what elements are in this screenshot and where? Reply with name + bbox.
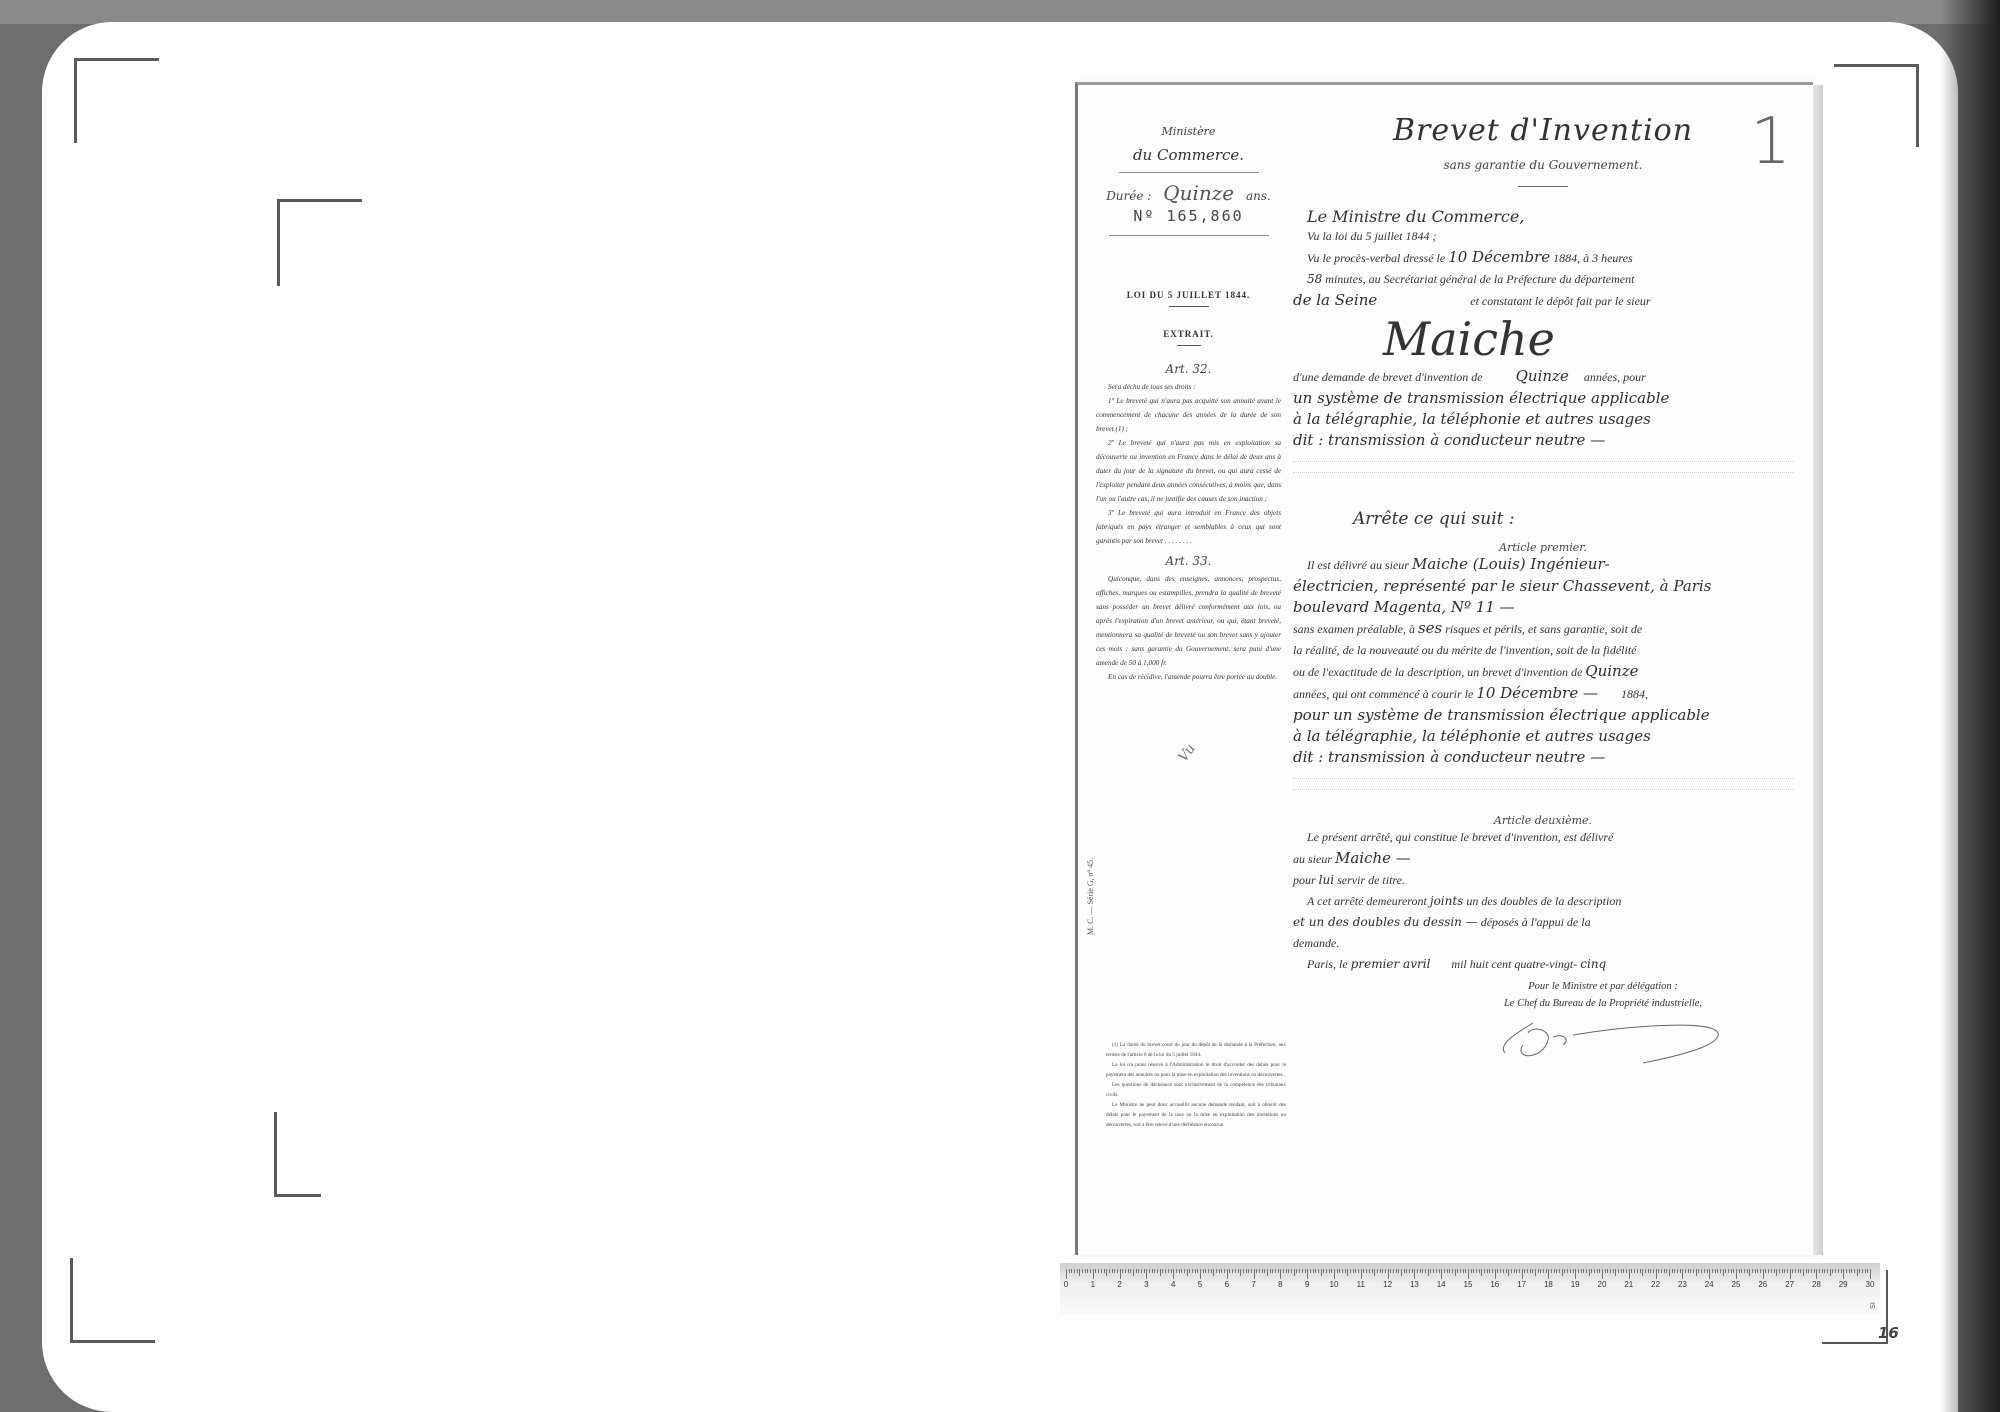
ruler-tick [1452, 1269, 1453, 1273]
ruler-label: 20 [1598, 1280, 1607, 1289]
handwritten-date: premier avril [1351, 957, 1431, 971]
ruler-tick [1559, 1269, 1560, 1273]
law-title: LOI DU 5 JUILLET 1844. [1096, 290, 1281, 300]
duration-row: Durée : Quinze ans. [1096, 181, 1281, 205]
ruler-label: 27 [1785, 1280, 1794, 1289]
article2-line: pour lui servir de titre. [1293, 870, 1793, 891]
visa-mark: Vu [1175, 741, 1199, 765]
ruler-tick [1280, 1269, 1281, 1279]
ruler-tick [1095, 1269, 1096, 1273]
ruler-tick [1784, 1269, 1785, 1273]
divider [1109, 235, 1269, 236]
preamble-line: 58 minutes, au Secrétariat général de la… [1293, 269, 1793, 290]
ruler-tick [1701, 1269, 1702, 1273]
art32-paragraph: 2º Le breveté qui n'aura pas mis en expl… [1096, 436, 1281, 506]
handwritten-duration: Quinze [1585, 662, 1638, 680]
article1-line: dit : transmission à conducteur neutre — [1293, 747, 1793, 768]
ruler-tick [1685, 1269, 1686, 1273]
ruler-tick [1246, 1269, 1247, 1273]
ruler-tick [1173, 1269, 1174, 1279]
ruler-tick [1441, 1269, 1442, 1279]
ruler-tick [1165, 1269, 1166, 1273]
number-label: Nº [1133, 207, 1155, 225]
ruler-tick [1240, 1269, 1241, 1276]
ruler-tick [1723, 1269, 1724, 1276]
ruler-tick [1800, 1269, 1801, 1273]
preamble-line: Vu le procès-verbal dressé le 10 Décembr… [1293, 247, 1793, 269]
ruler-label: 24 [1705, 1280, 1714, 1289]
printed-text: 1884, [1621, 687, 1648, 701]
ruler-tick [1664, 1269, 1665, 1273]
ministry-line1: Ministère [1096, 125, 1281, 138]
footnote: Le Ministre ne peut donc accueillir aucu… [1106, 1100, 1286, 1130]
ruler-tick [1712, 1269, 1713, 1273]
ruler-tick [1267, 1269, 1268, 1276]
ruler-tick [1093, 1269, 1094, 1279]
ruler-tick [1122, 1269, 1123, 1273]
ruler-tick [1586, 1269, 1587, 1273]
ruler-tick [1393, 1269, 1394, 1273]
ruler-tick [1406, 1269, 1407, 1273]
ruler-tick [1733, 1269, 1734, 1273]
ruler-tick [1645, 1269, 1646, 1273]
ruler-tick [1331, 1269, 1332, 1273]
article2-heading: Article deuxième. [1293, 814, 1793, 827]
ruler-tick [1227, 1269, 1228, 1279]
ruler-tick [1736, 1269, 1737, 1279]
ruler-tick [1814, 1269, 1815, 1273]
ruler-tick [1760, 1269, 1761, 1273]
ruler-tick [1618, 1269, 1619, 1273]
article1-line: boulevard Magenta, Nº 11 — [1293, 597, 1793, 618]
ruler-tick [1720, 1269, 1721, 1273]
invention-title-line: un système de transmission électrique ap… [1293, 388, 1793, 409]
ruler-tick [1106, 1269, 1107, 1276]
ruler-tick [1369, 1269, 1370, 1273]
page-edge [1813, 85, 1823, 1255]
ruler-tick [1251, 1269, 1252, 1273]
ruler-tick [1433, 1269, 1434, 1273]
article2-line: A cet arrêté demeureront joints un des d… [1293, 891, 1793, 912]
ruler-tick [1388, 1269, 1389, 1279]
document-title: Brevet d'Invention [1293, 113, 1793, 148]
ruler-tick [1623, 1269, 1624, 1273]
ruler-tick [1350, 1269, 1351, 1273]
ruler-tick [1200, 1269, 1201, 1279]
ruler-tick [1109, 1269, 1110, 1273]
ruler-tick [1626, 1269, 1627, 1273]
ruler-tick [1613, 1269, 1614, 1273]
ruler-tick [1575, 1269, 1576, 1279]
ruler-tick [1765, 1269, 1766, 1273]
ruler-tick [1221, 1269, 1222, 1273]
ruler-tick [1621, 1269, 1622, 1273]
ruler-tick [1538, 1269, 1539, 1273]
printed-text: années, qui ont commencé à courir le [1293, 687, 1473, 701]
article2-line: et un des doubles du dessin — déposés à … [1293, 912, 1793, 933]
ruler-tick [1114, 1269, 1115, 1273]
ruler-tick [1484, 1269, 1485, 1273]
ruler-tick [1763, 1269, 1764, 1279]
ruler-tick [1682, 1269, 1683, 1279]
ruler-tick [1811, 1269, 1812, 1273]
ruler-tick [1779, 1269, 1780, 1273]
ruler-tick [1487, 1269, 1488, 1273]
ruler-tick [1288, 1269, 1289, 1273]
ruler-tick [1149, 1269, 1150, 1273]
printed-text: ou de l'exactitude de la description, un… [1293, 665, 1582, 679]
ruler-tick [1744, 1269, 1745, 1273]
ruler-tick [1358, 1269, 1359, 1273]
ruler-tick [1074, 1269, 1075, 1273]
article1-line: la réalité, de la nouveauté ou du mérite… [1293, 640, 1793, 661]
ruler-tick [1372, 1269, 1373, 1273]
ruler-tick [1211, 1269, 1212, 1273]
ruler-tick [1728, 1269, 1729, 1273]
article1-line: sans examen préalable, à ses risques et … [1293, 618, 1793, 640]
ruler-label: 7 [1251, 1280, 1255, 1289]
art32-paragraph: 1º Le breveté qui n'aura pas acquitté so… [1096, 394, 1281, 436]
ruler-tick [1396, 1269, 1397, 1273]
ruler-tick [1087, 1269, 1088, 1273]
ruler-tick [1640, 1269, 1641, 1273]
ruler-tick [1329, 1269, 1330, 1273]
signature-line1: Pour le Ministre et par délégation : [1293, 981, 1793, 992]
ruler-tick [1661, 1269, 1662, 1273]
ruler-tick [1382, 1269, 1383, 1273]
ruler-tick [1790, 1269, 1791, 1279]
divider [1119, 172, 1259, 173]
ruler-tick [1262, 1269, 1263, 1273]
preamble-line: Vu la loi du 5 juillet 1844 ; [1293, 226, 1793, 247]
ruler-tick [1079, 1269, 1080, 1276]
ruler-tick [1782, 1269, 1783, 1273]
ruler-tick [1479, 1269, 1480, 1273]
ruler-tick [1436, 1269, 1437, 1273]
ruler-tick [1503, 1269, 1504, 1273]
art32-heading: Art. 32. [1096, 362, 1281, 376]
ruler-tick [1275, 1269, 1276, 1273]
ruler-tick [1792, 1269, 1793, 1273]
ruler-tick [1069, 1269, 1070, 1273]
ministry-line2: du Commerce. [1096, 146, 1281, 164]
ruler-tick [1631, 1269, 1632, 1273]
printed-text: Il est délivré au sieur [1307, 558, 1409, 572]
ruler-label: 17 [1517, 1280, 1526, 1289]
ruler-tick [1412, 1269, 1413, 1273]
ruler-tick [1189, 1269, 1190, 1273]
preamble-line: d'une demande de brevet d'invention de Q… [1293, 366, 1793, 388]
ruler-tick [1323, 1269, 1324, 1273]
ruler-tick [1473, 1269, 1474, 1273]
ruler-tick [1447, 1269, 1448, 1273]
ruler-tick [1203, 1269, 1204, 1273]
ruler-tick [1599, 1269, 1600, 1273]
ruler-tick [1296, 1269, 1297, 1273]
invention-title-line: à la télégraphie, la téléphonie et autre… [1293, 409, 1793, 430]
article2-line: Le présent arrêté, qui constitue le brev… [1293, 827, 1793, 848]
ruler-label: 25 [1732, 1280, 1741, 1289]
ruler-tick [1283, 1269, 1284, 1273]
document-subtitle: sans garantie du Gouvernement. [1293, 158, 1793, 172]
ruler-tick [1278, 1269, 1279, 1273]
ruler-tick [1465, 1269, 1466, 1273]
ruler-tick [1476, 1269, 1477, 1273]
ruler-tick [1698, 1269, 1699, 1273]
ruler-tick [1243, 1269, 1244, 1273]
ruler-tick [1176, 1269, 1177, 1273]
ruler-tick [1098, 1269, 1099, 1273]
ruler-tick [1717, 1269, 1718, 1273]
ruler-label: 0 [1064, 1280, 1068, 1289]
ruler-tick [1128, 1269, 1129, 1273]
crop-mark-inner-bottom-left [274, 1112, 321, 1197]
ruler-tick [1749, 1269, 1750, 1276]
ruler-tick [1213, 1269, 1214, 1276]
ruler-tick [1741, 1269, 1742, 1273]
ruler-tick [1082, 1269, 1083, 1273]
ruler-tick [1573, 1269, 1574, 1273]
handwritten-text: et un des doubles du dessin — [1293, 915, 1478, 929]
ruler-tick [1101, 1269, 1102, 1273]
ruler-tick [1564, 1269, 1565, 1273]
ruler-label: 4 [1171, 1280, 1175, 1289]
ruler-tick [1133, 1269, 1134, 1276]
preamble-line: de la Seine et constatant le dépôt fait … [1293, 290, 1793, 312]
printed-text: et constatant le dépôt fait par le sieur [1470, 294, 1650, 308]
ruler-tick [1739, 1269, 1740, 1273]
ruler-tick [1085, 1269, 1086, 1273]
ruler-tick [1674, 1269, 1675, 1273]
ruler-tick [1219, 1269, 1220, 1273]
ruler-tick [1591, 1269, 1592, 1273]
ruler-tick [1677, 1269, 1678, 1273]
ornament-divider [1518, 186, 1568, 187]
patent-number: 165,860 [1166, 207, 1243, 225]
ruler-tick [1567, 1269, 1568, 1273]
ruler-tick [1270, 1269, 1271, 1273]
ruler-tick [1481, 1269, 1482, 1276]
ruler-tick [1578, 1269, 1579, 1273]
ruler-tick [1264, 1269, 1265, 1273]
ruler-label: 12 [1383, 1280, 1392, 1289]
ruler-tick [1385, 1269, 1386, 1273]
ruler-label: 13 [1410, 1280, 1419, 1289]
article2-line: au sieur Maiche — [1293, 848, 1793, 870]
ruler-tick [1120, 1269, 1121, 1279]
duration-unit: ans. [1246, 189, 1271, 203]
ruler-tick [1808, 1269, 1809, 1273]
ruler-label: 28 [1812, 1280, 1821, 1289]
ruler-tick [1272, 1269, 1273, 1273]
ruler-tick [1366, 1269, 1367, 1273]
art32-paragraph: Sera déchu de tous ses droits : [1096, 380, 1281, 394]
handwritten-text: ses [1418, 619, 1442, 637]
art33-heading: Art. 33. [1096, 554, 1281, 568]
ruler-tick [1704, 1269, 1705, 1273]
ruler-tick [1696, 1269, 1697, 1276]
ruler-tick [1321, 1269, 1322, 1276]
printed-text: d'une demande de brevet d'invention de [1293, 370, 1483, 384]
ruler-tick [1235, 1269, 1236, 1273]
ruler-tick [1562, 1269, 1563, 1276]
ruler-tick [1680, 1269, 1681, 1273]
printed-text: déposés à l'appui de la [1481, 915, 1591, 929]
ruler-tick [1540, 1269, 1541, 1273]
ruler-tick [1430, 1269, 1431, 1273]
handwritten-year: cinq [1580, 957, 1606, 971]
ruler-tick [1583, 1269, 1584, 1273]
ruler-tick [1238, 1269, 1239, 1273]
crop-mark-inner-top-left [277, 199, 362, 286]
ruler-tick [1168, 1269, 1169, 1273]
ruler-tick [1425, 1269, 1426, 1273]
left-column: Ministère du Commerce. Durée : Quinze an… [1096, 125, 1281, 684]
ruler-tick [1607, 1269, 1608, 1273]
ruler-label: 5 [1198, 1280, 1202, 1289]
ruler-tick [1519, 1269, 1520, 1273]
ruler-tick [1439, 1269, 1440, 1273]
arrete-heading: Arrête ce qui suit : [1293, 509, 1793, 529]
right-column: Brevet d'Invention sans garantie du Gouv… [1293, 113, 1793, 1069]
ruler-tick [1629, 1269, 1630, 1279]
footnote: La loi n'a point réservé à l'Administrat… [1106, 1060, 1286, 1080]
ruler-tick [1658, 1269, 1659, 1273]
article1-line: électricien, représenté par le sieur Cha… [1293, 576, 1793, 597]
ruler-tick [1715, 1269, 1716, 1273]
ruler-tick [1589, 1269, 1590, 1276]
art33-text: Quiconque, dans des enseignes, annonces,… [1096, 572, 1281, 684]
measurement-ruler: 0123456789101112131415161718192021222324… [1060, 1263, 1880, 1315]
ruler-tick [1516, 1269, 1517, 1273]
ruler-tick [1390, 1269, 1391, 1273]
ruler-label: 15 [1464, 1280, 1473, 1289]
ruler-tick [1112, 1269, 1113, 1273]
ruler-tick [1294, 1269, 1295, 1276]
ruler-tick [1125, 1269, 1126, 1273]
ruler-tick [1548, 1269, 1549, 1279]
printed-text: risques et périls, et sans garantie, soi… [1445, 622, 1642, 636]
printed-text: années, pour [1584, 370, 1646, 384]
art33-paragraph: Quiconque, dans des enseignes, annonces,… [1096, 572, 1281, 670]
ruler-tick [1090, 1269, 1091, 1273]
handwritten-text: joints [1430, 894, 1464, 908]
ruler-tick [1154, 1269, 1155, 1273]
ruler-tick [1650, 1269, 1651, 1273]
ruler-tick [1422, 1269, 1423, 1273]
ruler-label: 10 [1330, 1280, 1339, 1289]
ruler-tick [1136, 1269, 1137, 1273]
ruler-tick [1570, 1269, 1571, 1273]
ruler-tick [1497, 1269, 1498, 1273]
ruler-tick [1511, 1269, 1512, 1273]
handwritten-minutes: 58 [1307, 272, 1322, 286]
ruler-tick [1254, 1269, 1255, 1279]
patent-document-page: Ministère du Commerce. Durée : Quinze an… [1075, 82, 1813, 1255]
ruler-label: 9 [1305, 1280, 1309, 1289]
ruler-tick [1232, 1269, 1233, 1273]
ruler-tick [1181, 1269, 1182, 1273]
printed-text: A cet arrêté demeureront [1307, 894, 1427, 908]
crop-mark-outer-top-right [1834, 64, 1919, 147]
ruler-tick [1337, 1269, 1338, 1273]
ruler-tick [1634, 1269, 1635, 1273]
blank-line [1293, 768, 1793, 779]
ruler-tick [1666, 1269, 1667, 1273]
ruler-tick [1747, 1269, 1748, 1273]
ruler-tick [1339, 1269, 1340, 1273]
ruler-tick [1104, 1269, 1105, 1273]
ruler-tick [1489, 1269, 1490, 1273]
printed-text: sans examen préalable, à [1293, 622, 1415, 636]
ruler-tick [1672, 1269, 1673, 1273]
ruler-tick [1444, 1269, 1445, 1273]
ruler-label: 16 [1490, 1280, 1499, 1289]
ruler-label: 11 [1357, 1280, 1365, 1289]
ruler-tick [1071, 1269, 1072, 1273]
art32-paragraph: 3º Le breveté qui aura introduit en Fran… [1096, 506, 1281, 548]
ruler-tick [1417, 1269, 1418, 1273]
ruler-tick [1138, 1269, 1139, 1273]
ruler-tick [1259, 1269, 1260, 1273]
ruler-tick [1179, 1269, 1180, 1273]
ruler-tick [1299, 1269, 1300, 1273]
ruler-tick [1602, 1269, 1603, 1279]
printed-text: minutes, au Secrétariat général de la Pr… [1325, 272, 1634, 286]
handwritten-department: de la Seine [1293, 291, 1377, 309]
handwritten-text: lui [1319, 873, 1334, 887]
ruler-label: 3 [1144, 1280, 1148, 1289]
ruler-tick [1130, 1269, 1131, 1273]
ruler-tick [1693, 1269, 1694, 1273]
ruler-tick [1581, 1269, 1582, 1273]
ruler-tick [1077, 1269, 1078, 1273]
ruler-tick [1310, 1269, 1311, 1273]
ruler-tick [1248, 1269, 1249, 1273]
ruler-tick [1353, 1269, 1354, 1273]
ruler-tick [1377, 1269, 1378, 1273]
minister-heading: Le Ministre du Commerce, [1293, 207, 1793, 226]
ruler-tick [1066, 1269, 1067, 1279]
ruler-tick [1363, 1269, 1364, 1273]
ruler-tick [1787, 1269, 1788, 1273]
ruler-tick [1302, 1269, 1303, 1273]
ruler-tick [1669, 1269, 1670, 1276]
ruler-tick [1192, 1269, 1193, 1273]
ruler-tick [1615, 1269, 1616, 1276]
ruler-tick [1757, 1269, 1758, 1273]
ruler-tick [1819, 1269, 1820, 1273]
ruler-tick [1468, 1269, 1469, 1279]
ruler-tick [1463, 1269, 1464, 1273]
date-line: Paris, le premier avril mil huit cent qu… [1293, 954, 1793, 975]
article2-line: demande. [1293, 933, 1793, 954]
ruler-tick [1755, 1269, 1756, 1273]
ruler-tick [1171, 1269, 1172, 1273]
ruler-tick [1256, 1269, 1257, 1273]
ruler-tick [1401, 1269, 1402, 1276]
ruler-label: 8 [1278, 1280, 1282, 1289]
ruler-tick [1688, 1269, 1689, 1273]
article1-line: années, qui ont commencé à courir le 10 … [1293, 683, 1793, 705]
divider [1169, 306, 1209, 307]
printed-text: Vu le procès-verbal dressé le [1307, 251, 1445, 265]
ruler-tick [1637, 1269, 1638, 1273]
ruler-tick [1795, 1269, 1796, 1273]
ruler-tick [1315, 1269, 1316, 1273]
printed-text: servir de titre. [1337, 873, 1405, 887]
scan-edge-shadow [1940, 0, 2000, 1412]
